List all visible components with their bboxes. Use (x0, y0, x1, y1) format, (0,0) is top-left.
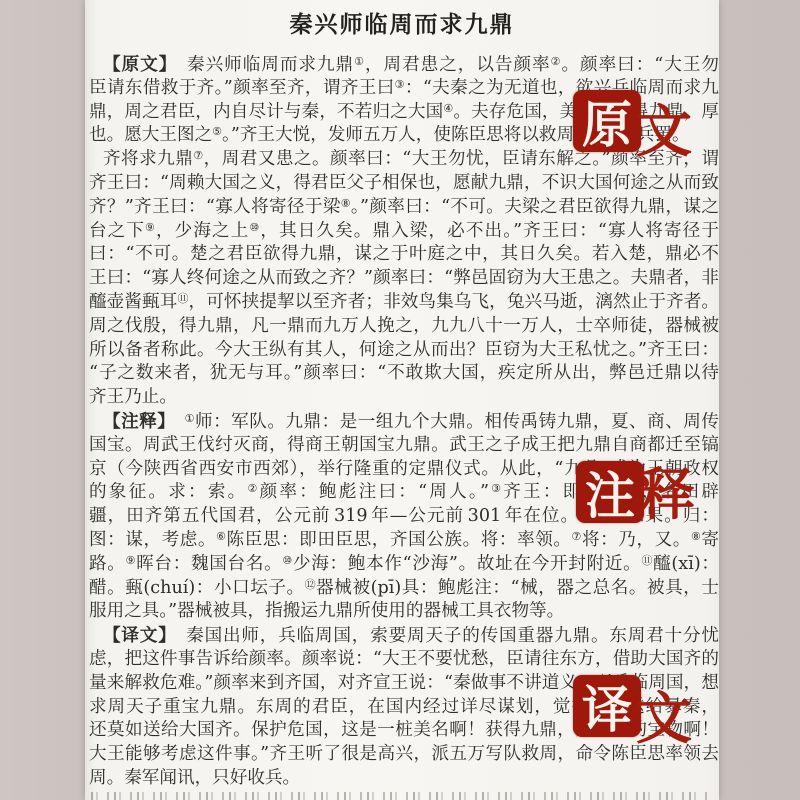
seal-yuanwen-square-icon: 原 (573, 90, 641, 152)
seal-yuanwen: 原 文 (573, 90, 692, 160)
text-line: “子之数来者，犹无与耳。”颜率曰：“不敢欺大国，疾定所从出，弊邑迁鼎以待命。” (89, 362, 719, 386)
text-line: 【译文】 秦国出师，兵临周国，索要周天子的传国重器九鼎。东周君十分忧 (89, 624, 719, 648)
text-line: 国宝。周武王伐纣灭商，得商王朝国宝九鼎。武王之子成王把九鼎自商都迁至镐 (89, 434, 719, 458)
text-line: 所以备者称此。今大王纵有其人，何途之从而出？臣窃为大王私忧之。”齐王曰： (89, 339, 719, 363)
cutoff-text-line (91, 792, 709, 800)
text-line: 服用之具。”器械被具，指搬运九鼎所使用的器械工具衣物等。 (89, 600, 719, 624)
text-line: 齐王曰：“周赖大国之义，得君臣父子相保也，愿献九鼎，不识大国何途之从而致之 (89, 172, 719, 196)
text-line: 周之伐殷，得九鼎，凡一鼎而九万人挽之，九九八十一万人，士卒师徒，器械被具⑫， (89, 315, 719, 339)
seal-yiwen-square-icon: 译 (573, 675, 641, 737)
text-line: 齐？”齐王曰：“寡人将寄径于梁⑧。”颜率曰：“不可。夫梁之君臣欲得九鼎，谋之晖 (89, 196, 719, 220)
text-line: 曰：“不可。楚之君臣欲得九鼎，谋之于叶庭之中，其日久矣。若入楚，鼎必不出。” (89, 243, 719, 267)
seal-zhushi-side-char: 释 (639, 467, 695, 523)
book-photo: 秦兴师临周而求九鼎 【原文】 秦兴师临周而求九鼎①，周君患之，以告颜率②。颜率曰… (0, 0, 800, 800)
text-line: 路。⑨晖台：魏国台名。⑩少海：鲍本作“沙海”。故址在今开封附近。⑪醯(xī)： (89, 553, 719, 577)
text-line: 【原文】 秦兴师临周而求九鼎①，周君患之，以告颜率②。颜率曰：“大王勿忧， (89, 53, 719, 77)
text-line: 虑，把这件事告诉给颜率。颜率说：“大王不要忧愁，臣请往东方，借助大国齐的力 (89, 648, 719, 672)
text-line: 醋。甀(chuí)：小口坛子。⑫器械被(pī)具：鲍彪注：“械，器之总名。被具，… (89, 577, 719, 601)
seal-yiwen-side-char: 文 (636, 691, 692, 747)
text-line: 齐王乃止。 (89, 386, 719, 410)
seal-zhushi: 注 释 (576, 461, 695, 523)
seal-yiwen: 译 文 (573, 675, 692, 747)
text-line: 王曰：“寡人终何途之从而致之齐？”颜率曰：“弊邑固窃为大王患之。夫鼎者，非效 (89, 267, 719, 291)
text-line: 图：谋，考虑。⑥陈臣思：即田臣思，齐国公族。将：率领。⑦将：乃，又。⑧寄径：借 (89, 529, 719, 553)
chapter-title: 秦兴师临周而求九鼎 (85, 6, 719, 39)
seal-zhushi-square-icon: 注 (576, 461, 644, 523)
seal-yuanwen-side-char: 文 (636, 104, 692, 160)
text-line: 台之下⑨，少海之上⑩，其日久矣。鼎入梁，必不出。”齐王曰：“寡人将寄径于楚。”对 (89, 220, 719, 244)
text-line: 周。秦军闻讯，只好收兵。 (89, 767, 719, 791)
text-line: 醯壶酱甀耳⑪，可怀挟提挈以至齐者；非效鸟集乌飞，兔兴马逝，漓然止于齐者。昔 (89, 291, 719, 315)
text-line: 【注释】 ①师：军队。九鼎：是一组九个大鼎。相传禹铸九鼎，夏、商、周传为 (89, 410, 719, 434)
